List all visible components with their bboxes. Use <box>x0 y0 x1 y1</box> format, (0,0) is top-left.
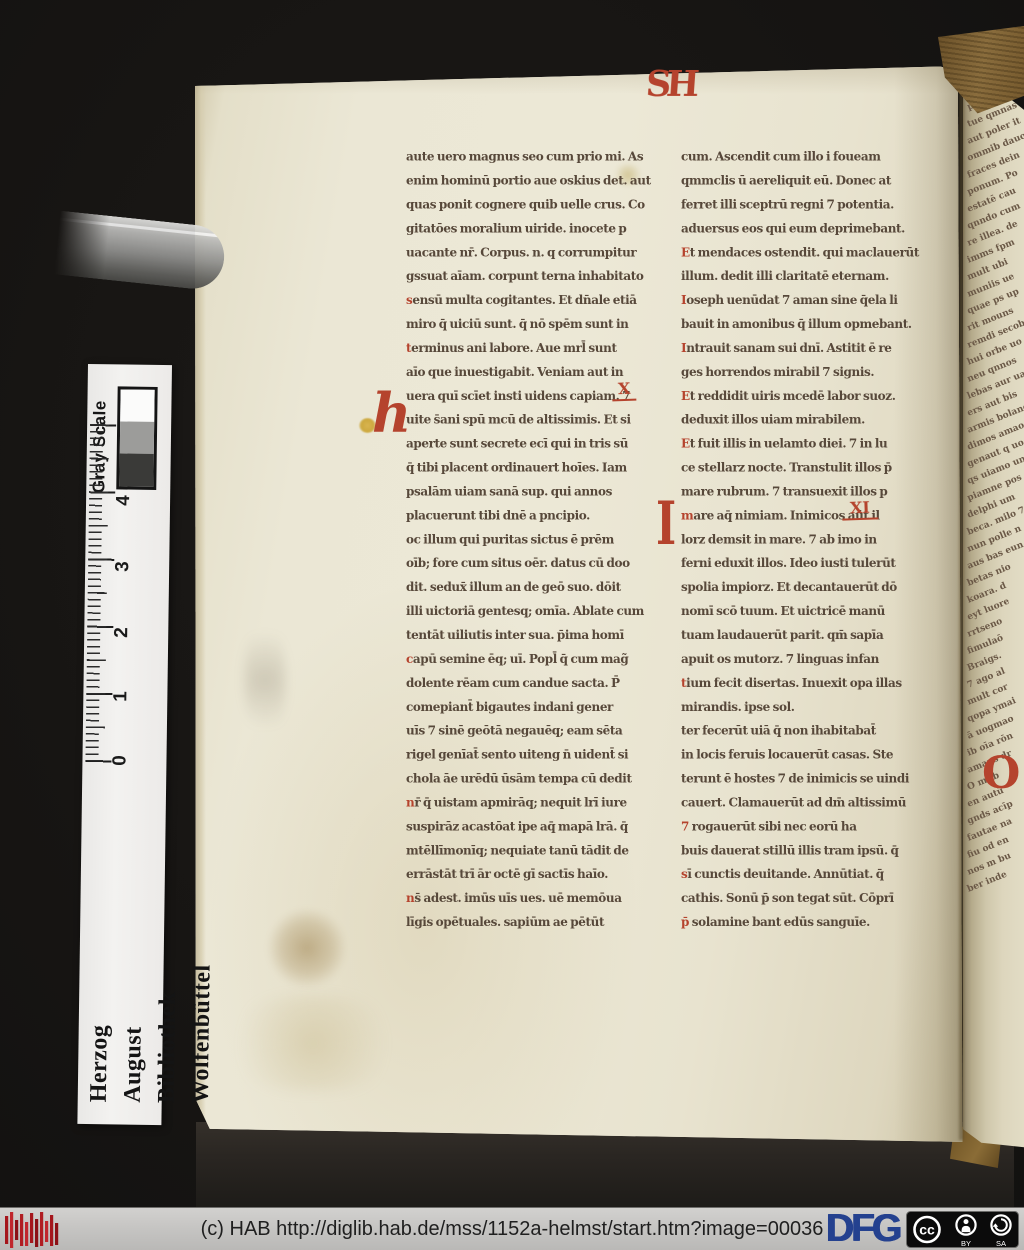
gutter-fold <box>959 70 964 1140</box>
text-line: illum. dedit illi claritatē eternam. <box>681 265 935 289</box>
cc-by-sa-badge-icon: cc BY SA <box>906 1211 1019 1248</box>
text-line: cathis. Sonū p̄ son tegat sūt. Cōprī <box>681 887 935 911</box>
text-line: spolia impiorz. Et decantauerūt dō <box>681 576 935 600</box>
text-line: dolente rēam cum candue sacta. P̄ <box>406 671 658 695</box>
text-line: terminus ani labore. Aue mrl̄ sunt <box>406 336 658 360</box>
text-line: tium fecit disertas. Inuexit opa illas <box>681 671 935 695</box>
text-line: cum. Ascendit cum illo i foueam <box>681 145 935 169</box>
parchment-stain <box>228 996 398 1091</box>
text-line: sensū multa cogitantes. Et dn̄ale etiā <box>406 289 658 313</box>
text-line: tuam laudauerūt parit. qm̄ sapīa <box>681 623 935 647</box>
text-line: aute uero magnus seo cum prio mi. As <box>406 145 658 169</box>
text-line: Et mendaces ostendit. qui maclauerūt <box>681 241 935 265</box>
page-top-shade <box>192 60 964 94</box>
ruler-number-1: 1 <box>111 686 131 706</box>
ruler-number-2: 2 <box>112 622 132 642</box>
gray-scale-patches <box>116 386 157 490</box>
text-line: ges horrendos mirabil 7 signis. <box>681 360 935 384</box>
text-line: lorz demsit in mare. 7 ab imo in <box>681 528 935 552</box>
svg-text:cc: cc <box>919 1222 935 1238</box>
text-line: uīs 7 sinē geōtā negauēq; eam sēta <box>406 719 658 743</box>
text-line: p̄ solamine bant edūs sanguīe. <box>681 910 935 934</box>
cc-by-label: BY <box>961 1239 971 1248</box>
hab-logo-icon <box>4 1210 62 1250</box>
text-line: quas ponit cognere quib uelle crus. Co <box>406 193 658 217</box>
text-line: 7 rogauerūt sibi nec eorū ha <box>681 815 935 839</box>
red-initial-h: h <box>372 386 411 440</box>
text-line: psalām uiam sanā sup. qui annos <box>406 480 658 504</box>
text-line: capū semine ēq; uī. Popl̄ q̄ cum mag̃ <box>406 647 658 671</box>
quire-mark: SH <box>645 64 696 105</box>
gray-patch-mid <box>120 421 154 453</box>
text-line: sī cunctis deuitande. Annūtiat. q̄ <box>681 863 935 887</box>
text-line: placuerunt tibi dnē a pncipio. <box>406 504 658 528</box>
text-line: nomī scō tuum. Et uictricē manū <box>681 599 935 623</box>
library-name-line1: Herzog August Bibliothek <box>82 1068 184 1103</box>
calibration-ruler-card: Gray Scale 4 3 2 1 0 Herzog August Bibli… <box>77 364 172 1125</box>
text-line: ter fecerūt uiā q̄ non ihabitabat̄ <box>681 719 935 743</box>
ruler-number-4: 4 <box>114 490 134 510</box>
text-line: q̄ tibi placent ordinauert hoīes. Iam <box>406 456 658 480</box>
text-line: Intrauit sanam sui dnī. Astitit ē re <box>681 336 935 360</box>
text-line: qmmclis ū aereliquit eū. Donec at <box>681 169 935 193</box>
text-line: aduersus eos qui eum deprimebant. <box>681 217 935 241</box>
chapter-numeral-xi: XI <box>842 497 879 520</box>
text-line: mirandis. ipse sol. <box>681 695 935 719</box>
text-column-right: cum. Ascendit cum illo i foueamqmmclis ū… <box>681 145 935 934</box>
text-line: terunt ē hostes 7 de inimicis se uindi <box>681 767 935 791</box>
text-line: enim hominū portio aue oskius det. aut <box>406 169 658 193</box>
parchment-stain <box>268 908 346 988</box>
text-line: uite s̄ani spū mcū de altissimis. Et si <box>406 408 658 432</box>
text-line: deduxit illos uiam mirabilem. <box>681 408 935 432</box>
text-line: gssuat aīam. corpunt terna inhabitato <box>406 265 658 289</box>
gray-patch-white <box>120 389 154 421</box>
text-line: aperte sunt secrete ecī qui in tris sū <box>406 432 658 456</box>
text-line: Ioseph uenūdat 7 aman sine q̄ela li <box>681 289 935 313</box>
footer-bar: (c) HAB http://diglib.hab.de/mss/1152a-h… <box>0 1207 1024 1250</box>
text-line: uacante nr̄. Corpus. n. q corrumpitur <box>406 241 658 265</box>
text-line: tentāt uiliutis inter sua. p̄ima homī <box>406 623 658 647</box>
text-line: gitatōes moralium uiride. inocete p <box>406 217 658 241</box>
library-name-label: Herzog August Bibliothek Wolfenbüttel <box>82 764 155 1103</box>
gray-patch-dark <box>119 453 153 486</box>
text-line: Et fuit illis in uelamto diei. 7 in lu <box>681 432 935 456</box>
text-line: mare rubrum. 7 transuexit illos p <box>681 480 935 504</box>
text-line: buis dauerat stillū illis tram ipsū. q̄ <box>681 839 935 863</box>
dfg-logo: DFG <box>826 1208 899 1250</box>
text-line: mtēllīmonīq; nequiate tanū tādit de <box>406 839 658 863</box>
text-column-left: aute uero magnus seo cum prio mi. Asenim… <box>406 145 658 934</box>
text-line: ferni eduxit illos. Ideo iusti tulerūt <box>681 552 935 576</box>
text-line: chola āe urēdū ūsām tempa cū dedit <box>406 767 658 791</box>
text-line: comepiant̄ bigautes indani gener <box>406 695 658 719</box>
text-line: dit. sedux̄ illum an de geō suo. dōit <box>406 576 658 600</box>
text-line: oc illum qui puritas sictus ē prēm <box>406 528 658 552</box>
text-line: cauert. Clamauerūt ad dm̄ altissimū <box>681 791 935 815</box>
text-line: illi uictoriā gentesq; omīa. Ablate cum <box>406 599 658 623</box>
text-line: suspirāz acastōat ipe aq̄ mapā lrā. q̄ <box>406 815 658 839</box>
chapter-numeral-x: X <box>612 379 637 402</box>
text-line: miro q̄ uiciū sunt. q̄ nō spēm sunt in <box>406 312 658 336</box>
text-line: bauit in amonibus q̄ illum opmebant. <box>681 312 935 336</box>
cc-sa-label: SA <box>996 1239 1006 1248</box>
red-initial-i: I <box>656 494 676 554</box>
text-line: apuit os mutorz. 7 linguas infan <box>681 647 935 671</box>
ruler-number-3: 3 <box>113 556 133 576</box>
text-line: errāstāt trī ār octē gī sactīs haīo. <box>406 863 658 887</box>
text-line: in locis feruis locauerūt casas. Ste <box>681 743 935 767</box>
digitized-manuscript-photo: aute uero magnus seo cum prio mi. Asenim… <box>0 0 1024 1250</box>
text-line: ce stellarz nocte. Transtulit illos p̄ <box>681 456 935 480</box>
facing-page-sliver: plors decepitue qmnasaut poler itommib d… <box>963 24 1024 1154</box>
text-line: oīb; fore cum situs oēr. datus cū doo <box>406 552 658 576</box>
text-line: līgis opētuales. sapiūm ae pētūt <box>406 910 658 934</box>
parchment-stain <box>244 620 286 740</box>
text-line: mare aq̄ nimiam. Inimicos aūt il <box>681 504 935 528</box>
red-initial-o-facing: O <box>982 752 1020 796</box>
text-line: nr̄ q̄ uistam apmirāq; nequit lrī iure <box>406 791 658 815</box>
text-line: Et reddidit uiris mcedē labor suoz. <box>681 384 935 408</box>
library-name-line2: Wolfenbüttel <box>184 1069 218 1103</box>
text-line: rigel genīat̄ sento uiteng n̄ uident̄ si <box>406 743 658 767</box>
text-line: ns̄ adest. imūs uīs ues. uē memōua <box>406 887 658 911</box>
text-line: ferret illi sceptrū regni 7 potentia. <box>681 193 935 217</box>
